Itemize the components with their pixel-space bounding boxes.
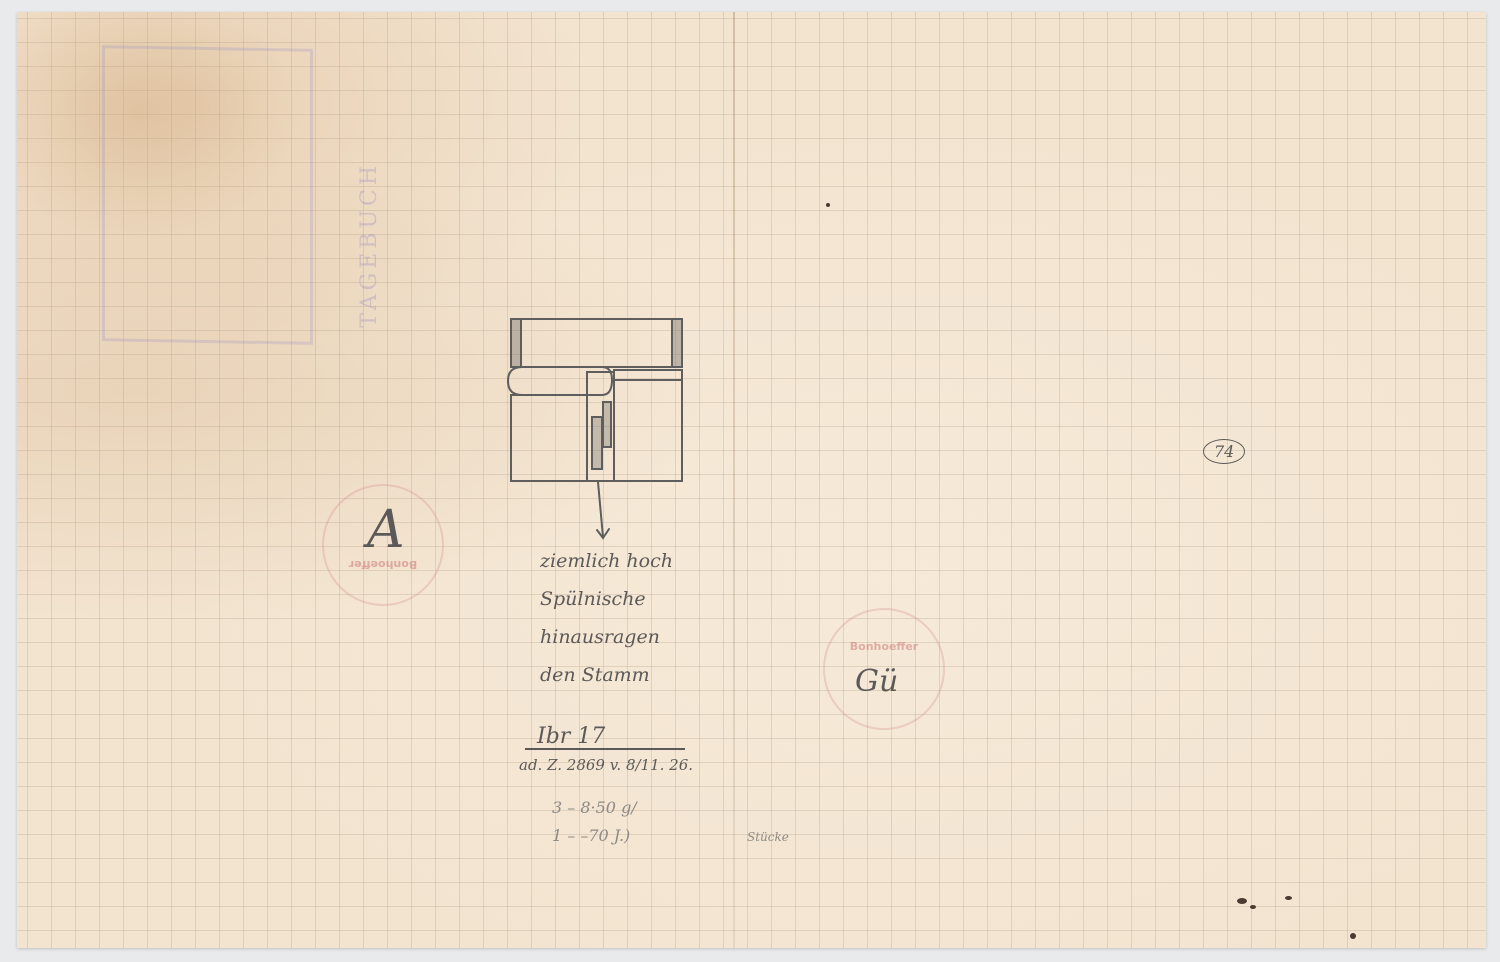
pencil-sketch (17, 12, 1486, 948)
document-page: TAGEBUCH Bonhoeffer Bonhoeffer ziemlich … (17, 12, 1486, 948)
